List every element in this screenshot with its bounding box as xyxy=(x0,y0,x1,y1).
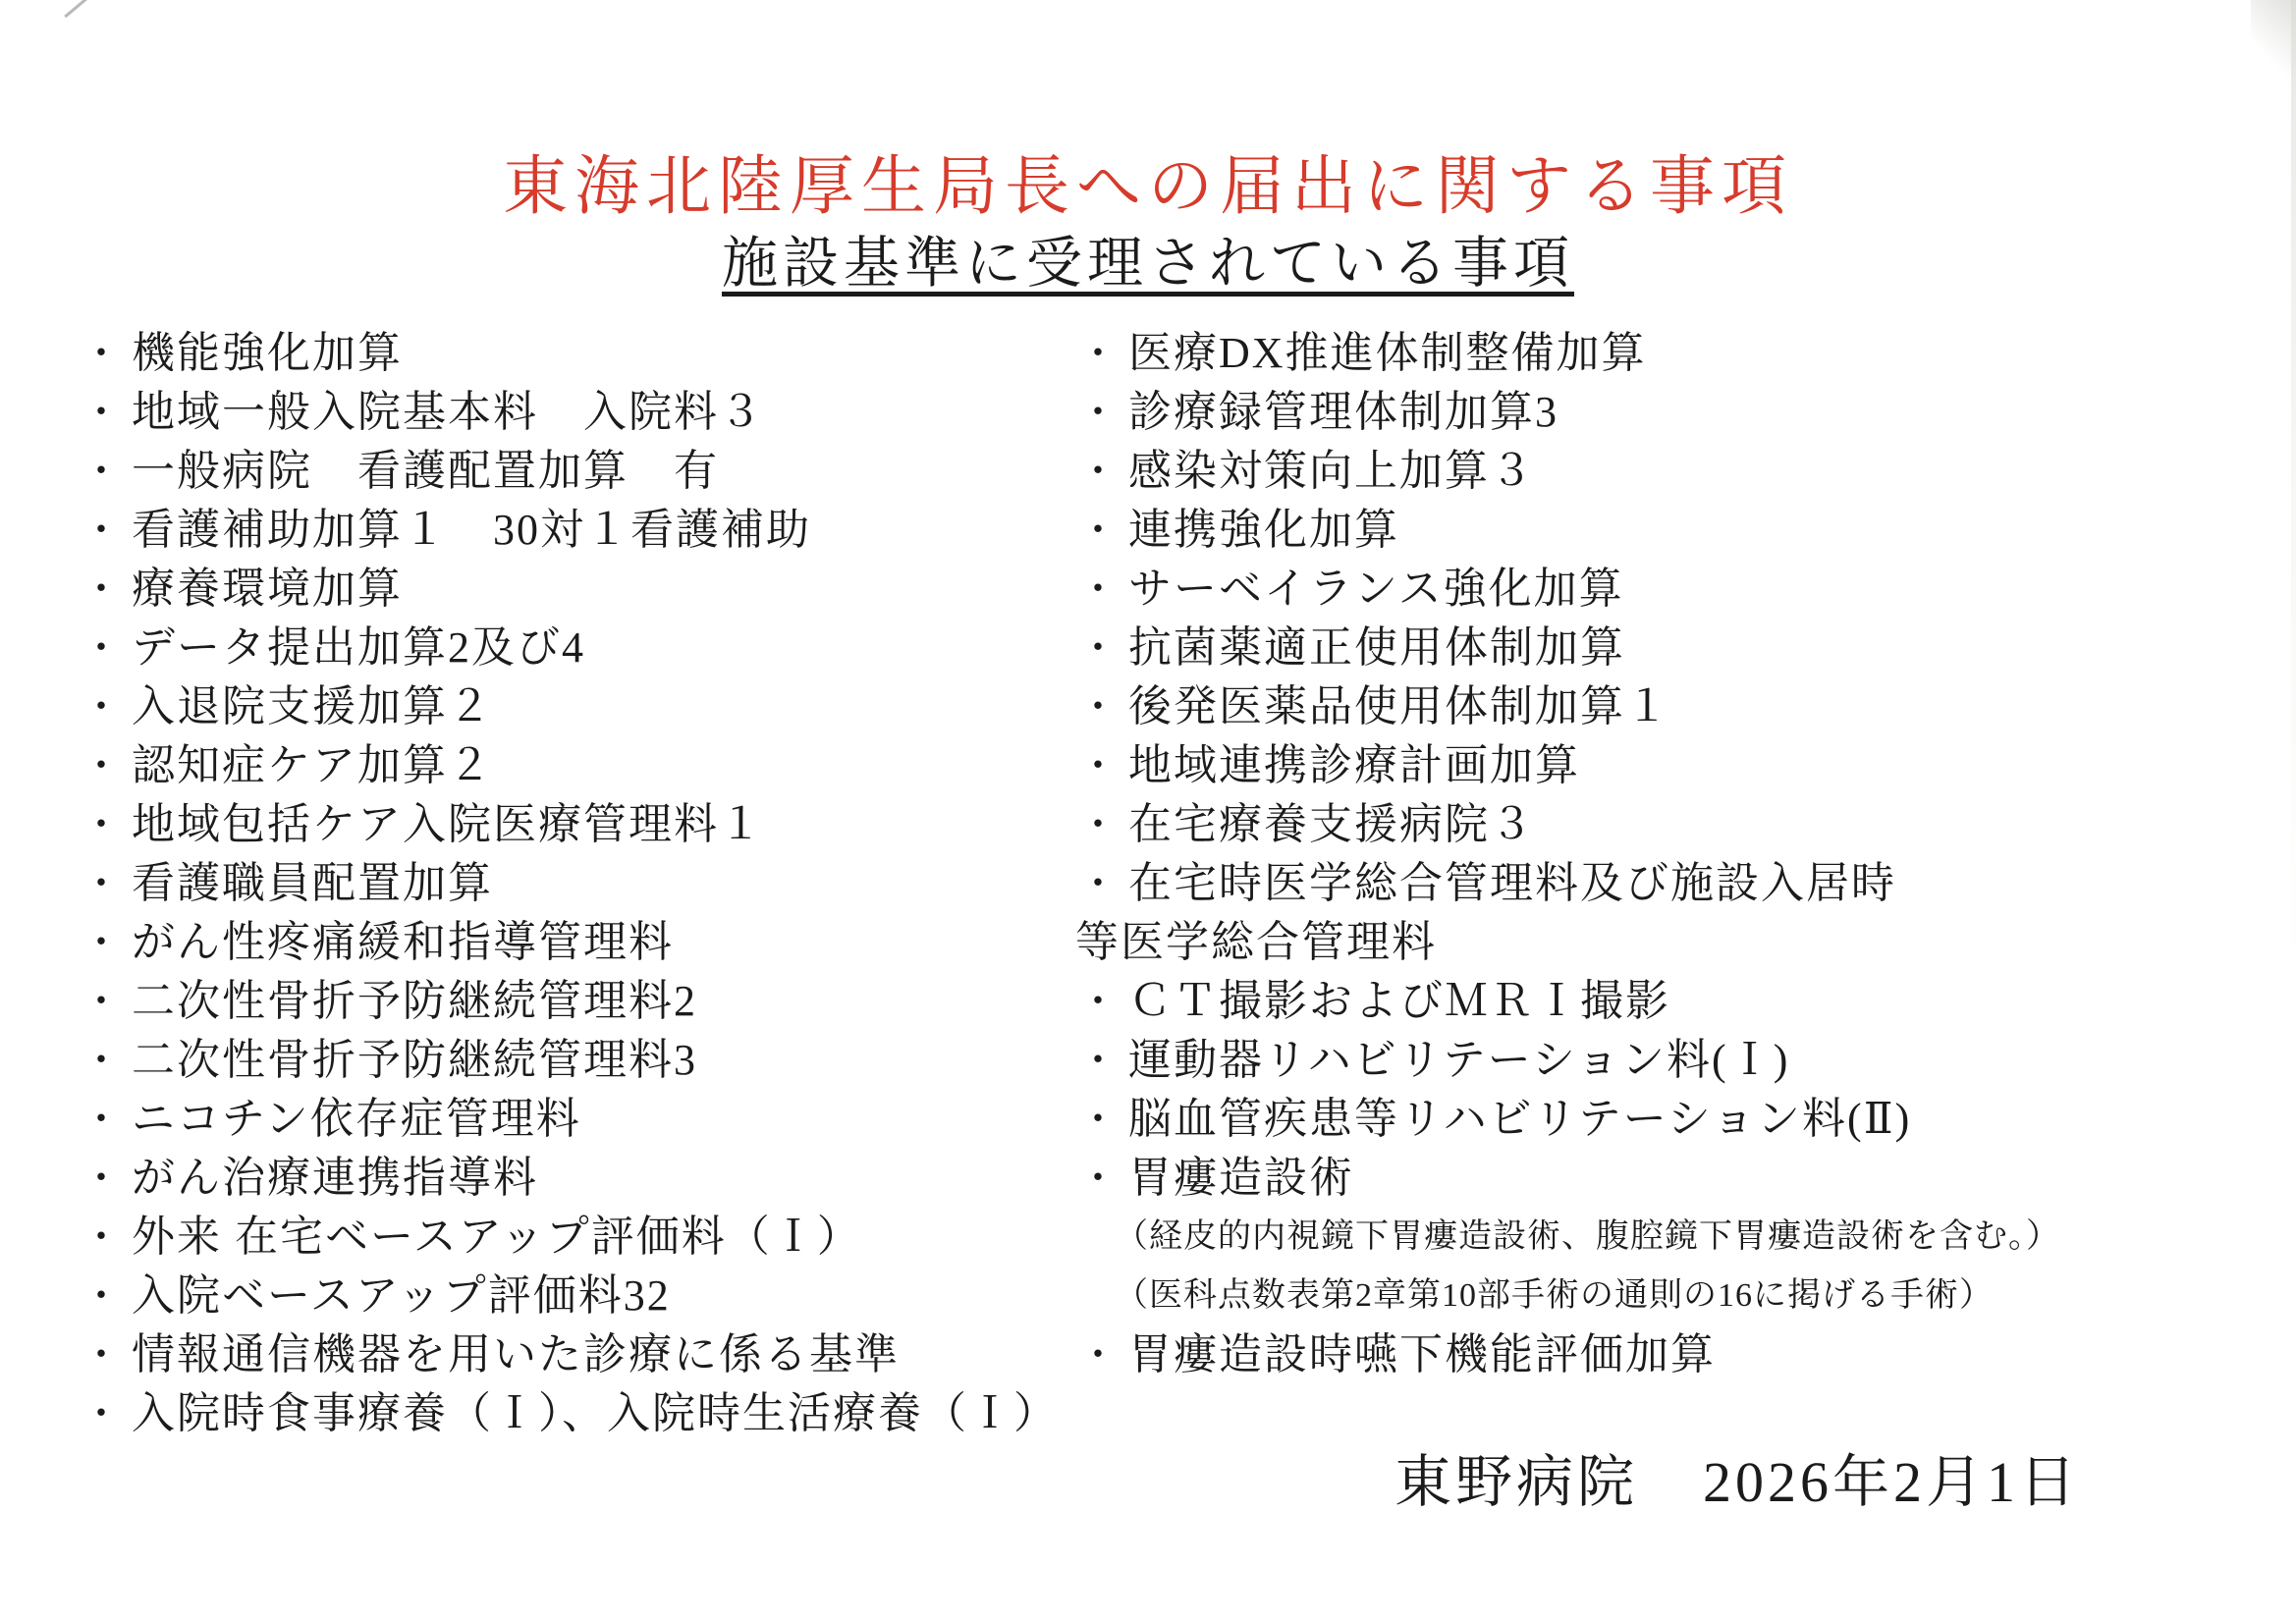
bullet-icon: ・ xyxy=(79,1090,124,1149)
list-item: ・後発医薬品使用体制加算１ xyxy=(1075,677,2273,736)
list-item: ・在宅療養支援病院３ xyxy=(1075,795,2273,854)
list-item-text: （医科点数表第2章第10部手術の通則の16に掲げる手術） xyxy=(1115,1267,1994,1325)
list-item-text: 看護補助加算１ 30対１看護補助 xyxy=(132,501,811,560)
list-item: ・入院ベースアップ評価料32 xyxy=(79,1267,1041,1325)
list-item-text: サーベイランス強化加算 xyxy=(1128,560,1624,619)
bullet-icon: ・ xyxy=(79,795,124,854)
bullet-icon: ・ xyxy=(1075,1325,1121,1384)
bullet-icon: ・ xyxy=(79,1031,124,1090)
list-item-text: 胃瘻造設術 xyxy=(1128,1149,1354,1208)
list-item-text: 療養環境加算 xyxy=(132,560,403,619)
bullet-icon: ・ xyxy=(1075,1031,1121,1090)
bullet-icon: ・ xyxy=(79,972,124,1031)
bullet-icon: ・ xyxy=(1075,736,1121,795)
list-item-text: 在宅時医学総合管理料及び施設入居時 xyxy=(1128,854,1896,913)
list-item: ・医療DX推進体制整備加算 xyxy=(1075,324,2273,383)
bullet-icon: ・ xyxy=(79,1325,124,1384)
list-item: ・看護職員配置加算 xyxy=(79,854,1041,913)
bullet-icon: ・ xyxy=(79,1267,124,1325)
list-item: ・機能強化加算 xyxy=(79,324,1041,383)
bullet-icon: ・ xyxy=(79,1384,124,1443)
list-item: ・ＣＴ撮影およびＭＲＩ撮影 xyxy=(1075,972,2273,1031)
bullet-icon: ・ xyxy=(1075,560,1121,619)
bullet-icon: ・ xyxy=(1075,677,1121,736)
bullet-icon: ・ xyxy=(79,501,124,560)
list-item: ・入退院支援加算２ xyxy=(79,677,1041,736)
bullet-icon: ・ xyxy=(79,619,124,677)
bullet-icon: ・ xyxy=(79,383,124,442)
bullet-icon: ・ xyxy=(1075,383,1121,442)
document-footer: 東野病院 2026年2月1日 xyxy=(1394,1435,2080,1518)
list-item-text: 地域連携診療計画加算 xyxy=(1128,736,1580,795)
list-item: ・データ提出加算2及び4 xyxy=(79,619,1041,677)
list-item: ・二次性骨折予防継続管理料2 xyxy=(79,972,1041,1031)
hospital-name: 東野病院 xyxy=(1394,1435,1638,1518)
list-item: ・脳血管疾患等リハビリテーション料(Ⅱ) xyxy=(1075,1090,2273,1149)
list-item: ・胃瘻造設時嚥下機能評価加算 xyxy=(1075,1325,2273,1384)
list-item-text: 地域包括ケア入院医療管理料１ xyxy=(132,795,764,854)
list-item-text: 看護職員配置加算 xyxy=(132,854,493,913)
list-item: ・地域連携診療計画加算 xyxy=(1075,736,2273,795)
list-item-text: 後発医薬品使用体制加算１ xyxy=(1128,677,1670,736)
list-item: ・診療録管理体制加算3 xyxy=(1075,383,2273,442)
list-item-text: 認知症ケア加算２ xyxy=(132,736,493,795)
list-item: ・一般病院 看護配置加算 有 xyxy=(79,442,1041,501)
bullet-icon: ・ xyxy=(1075,442,1121,501)
list-item: ・情報通信機器を用いた診療に係る基準 xyxy=(79,1325,1041,1384)
list-item: ・ニコチン依存症管理料 xyxy=(79,1090,1041,1149)
list-item: ・認知症ケア加算２ xyxy=(79,736,1041,795)
right-column: ・医療DX推進体制整備加算 ・診療録管理体制加算3 ・感染対策向上加算３ ・連携… xyxy=(1075,324,2273,1384)
bullet-icon: ・ xyxy=(79,1208,124,1267)
left-column: ・機能強化加算 ・地域一般入院基本料 入院料３ ・一般病院 看護配置加算 有 ・… xyxy=(79,324,1041,1443)
list-item-text: 情報通信機器を用いた診療に係る基準 xyxy=(132,1325,900,1384)
bullet-icon: ・ xyxy=(79,736,124,795)
list-item-note: （経皮的内視鏡下胃瘻造設術、腹腔鏡下胃瘻造設術を含む。） xyxy=(1075,1208,2273,1267)
list-item-text: 一般病院 看護配置加算 有 xyxy=(132,442,719,501)
list-item-text: 脳血管疾患等リハビリテーション料(Ⅱ) xyxy=(1128,1090,1911,1149)
issue-date: 2026年2月1日 xyxy=(1703,1435,2080,1518)
list-item-text: 地域一般入院基本料 入院料３ xyxy=(132,383,764,442)
list-item: ・入院時食事療養（Ｉ）、入院時生活療養（Ｉ） xyxy=(79,1384,1041,1443)
list-item-text: 診療録管理体制加算3 xyxy=(1128,383,1558,442)
scan-artifact-top-left xyxy=(64,0,93,18)
list-item-text: 入退院支援加算２ xyxy=(132,677,493,736)
bullet-icon: ・ xyxy=(1075,619,1121,677)
bullet-icon: ・ xyxy=(1075,854,1121,913)
list-item: ・抗菌薬適正使用体制加算 xyxy=(1075,619,2273,677)
scanned-document-page: 東海北陸厚生局長への届出に関する事項 施設基準に受理されている事項 ・機能強化加… xyxy=(0,0,2296,1620)
list-item-text: ニコチン依存症管理料 xyxy=(132,1090,581,1149)
list-item-text: 医療DX推進体制整備加算 xyxy=(1128,324,1647,383)
bullet-icon: ・ xyxy=(1075,972,1121,1031)
bullet-icon: ・ xyxy=(1075,501,1121,560)
list-item: ・サーベイランス強化加算 xyxy=(1075,560,2273,619)
bullet-icon: ・ xyxy=(1075,324,1121,383)
list-item: ・二次性骨折予防継続管理料3 xyxy=(79,1031,1041,1090)
list-item: ・がん治療連携指導料 xyxy=(79,1149,1041,1208)
list-item-text: 胃瘻造設時嚥下機能評価加算 xyxy=(1128,1325,1716,1384)
list-item-text: 等医学総合管理料 xyxy=(1075,913,1437,972)
bullet-icon: ・ xyxy=(1075,1149,1121,1208)
bullet-icon: ・ xyxy=(79,442,124,501)
list-item: ・看護補助加算１ 30対１看護補助 xyxy=(79,501,1041,560)
list-item-text: 連携強化加算 xyxy=(1128,501,1399,560)
list-item-text: 運動器リハビリテーション料(Ｉ) xyxy=(1128,1031,1789,1090)
bullet-icon: ・ xyxy=(79,1149,124,1208)
list-item-note: （医科点数表第2章第10部手術の通則の16に掲げる手術） xyxy=(1075,1267,2273,1325)
list-item-text: 抗菌薬適正使用体制加算 xyxy=(1128,619,1625,677)
list-item: ・療養環境加算 xyxy=(79,560,1041,619)
list-item-text: 機能強化加算 xyxy=(132,324,403,383)
list-item-text: 二次性骨折予防継続管理料2 xyxy=(132,972,697,1031)
bullet-icon: ・ xyxy=(1075,795,1121,854)
list-item-text: 入院ベースアップ評価料32 xyxy=(132,1267,671,1325)
list-item: ・連携強化加算 xyxy=(1075,501,2273,560)
list-item: ・運動器リハビリテーション料(Ｉ) xyxy=(1075,1031,2273,1090)
list-item-text: 入院時食事療養（Ｉ）、入院時生活療養（Ｉ） xyxy=(132,1384,1059,1443)
list-item-text: 在宅療養支援病院３ xyxy=(1128,795,1535,854)
bullet-icon: ・ xyxy=(79,677,124,736)
list-item: ・地域包括ケア入院医療管理料１ xyxy=(79,795,1041,854)
list-item: ・在宅時医学総合管理料及び施設入居時 xyxy=(1075,854,2273,913)
page-title: 東海北陸厚生局長への届出に関する事項 xyxy=(0,134,2296,227)
page-subtitle: 施設基準に受理されている事項 xyxy=(0,218,2296,298)
list-item-text: 二次性骨折予防継続管理料3 xyxy=(132,1031,697,1090)
bullet-icon: ・ xyxy=(79,560,124,619)
list-item-text: がん性疼痛緩和指導管理料 xyxy=(132,913,674,972)
list-item-text: がん治療連携指導料 xyxy=(132,1149,538,1208)
list-item-continuation: 等医学総合管理料 xyxy=(1075,913,2273,972)
bullet-icon: ・ xyxy=(1075,1090,1121,1149)
list-item-text: 外来 在宅ベースアップ評価料（Ｉ） xyxy=(132,1208,862,1267)
list-item: ・外来 在宅ベースアップ評価料（Ｉ） xyxy=(79,1208,1041,1267)
list-item-text: 感染対策向上加算３ xyxy=(1128,442,1535,501)
list-item: ・地域一般入院基本料 入院料３ xyxy=(79,383,1041,442)
list-item: ・胃瘻造設術 xyxy=(1075,1149,2273,1208)
list-item-text: データ提出加算2及び4 xyxy=(132,619,585,677)
list-item: ・がん性疼痛緩和指導管理料 xyxy=(79,913,1041,972)
bullet-icon: ・ xyxy=(79,913,124,972)
bullet-icon: ・ xyxy=(79,324,124,383)
list-item: ・感染対策向上加算３ xyxy=(1075,442,2273,501)
bullet-icon: ・ xyxy=(79,854,124,913)
scan-artifact-top-right xyxy=(2251,0,2296,88)
list-item-text: ＣＴ撮影およびＭＲＩ撮影 xyxy=(1128,972,1670,1031)
list-item-text: （経皮的内視鏡下胃瘻造設術、腹腔鏡下胃瘻造設術を含む。） xyxy=(1115,1208,2060,1267)
